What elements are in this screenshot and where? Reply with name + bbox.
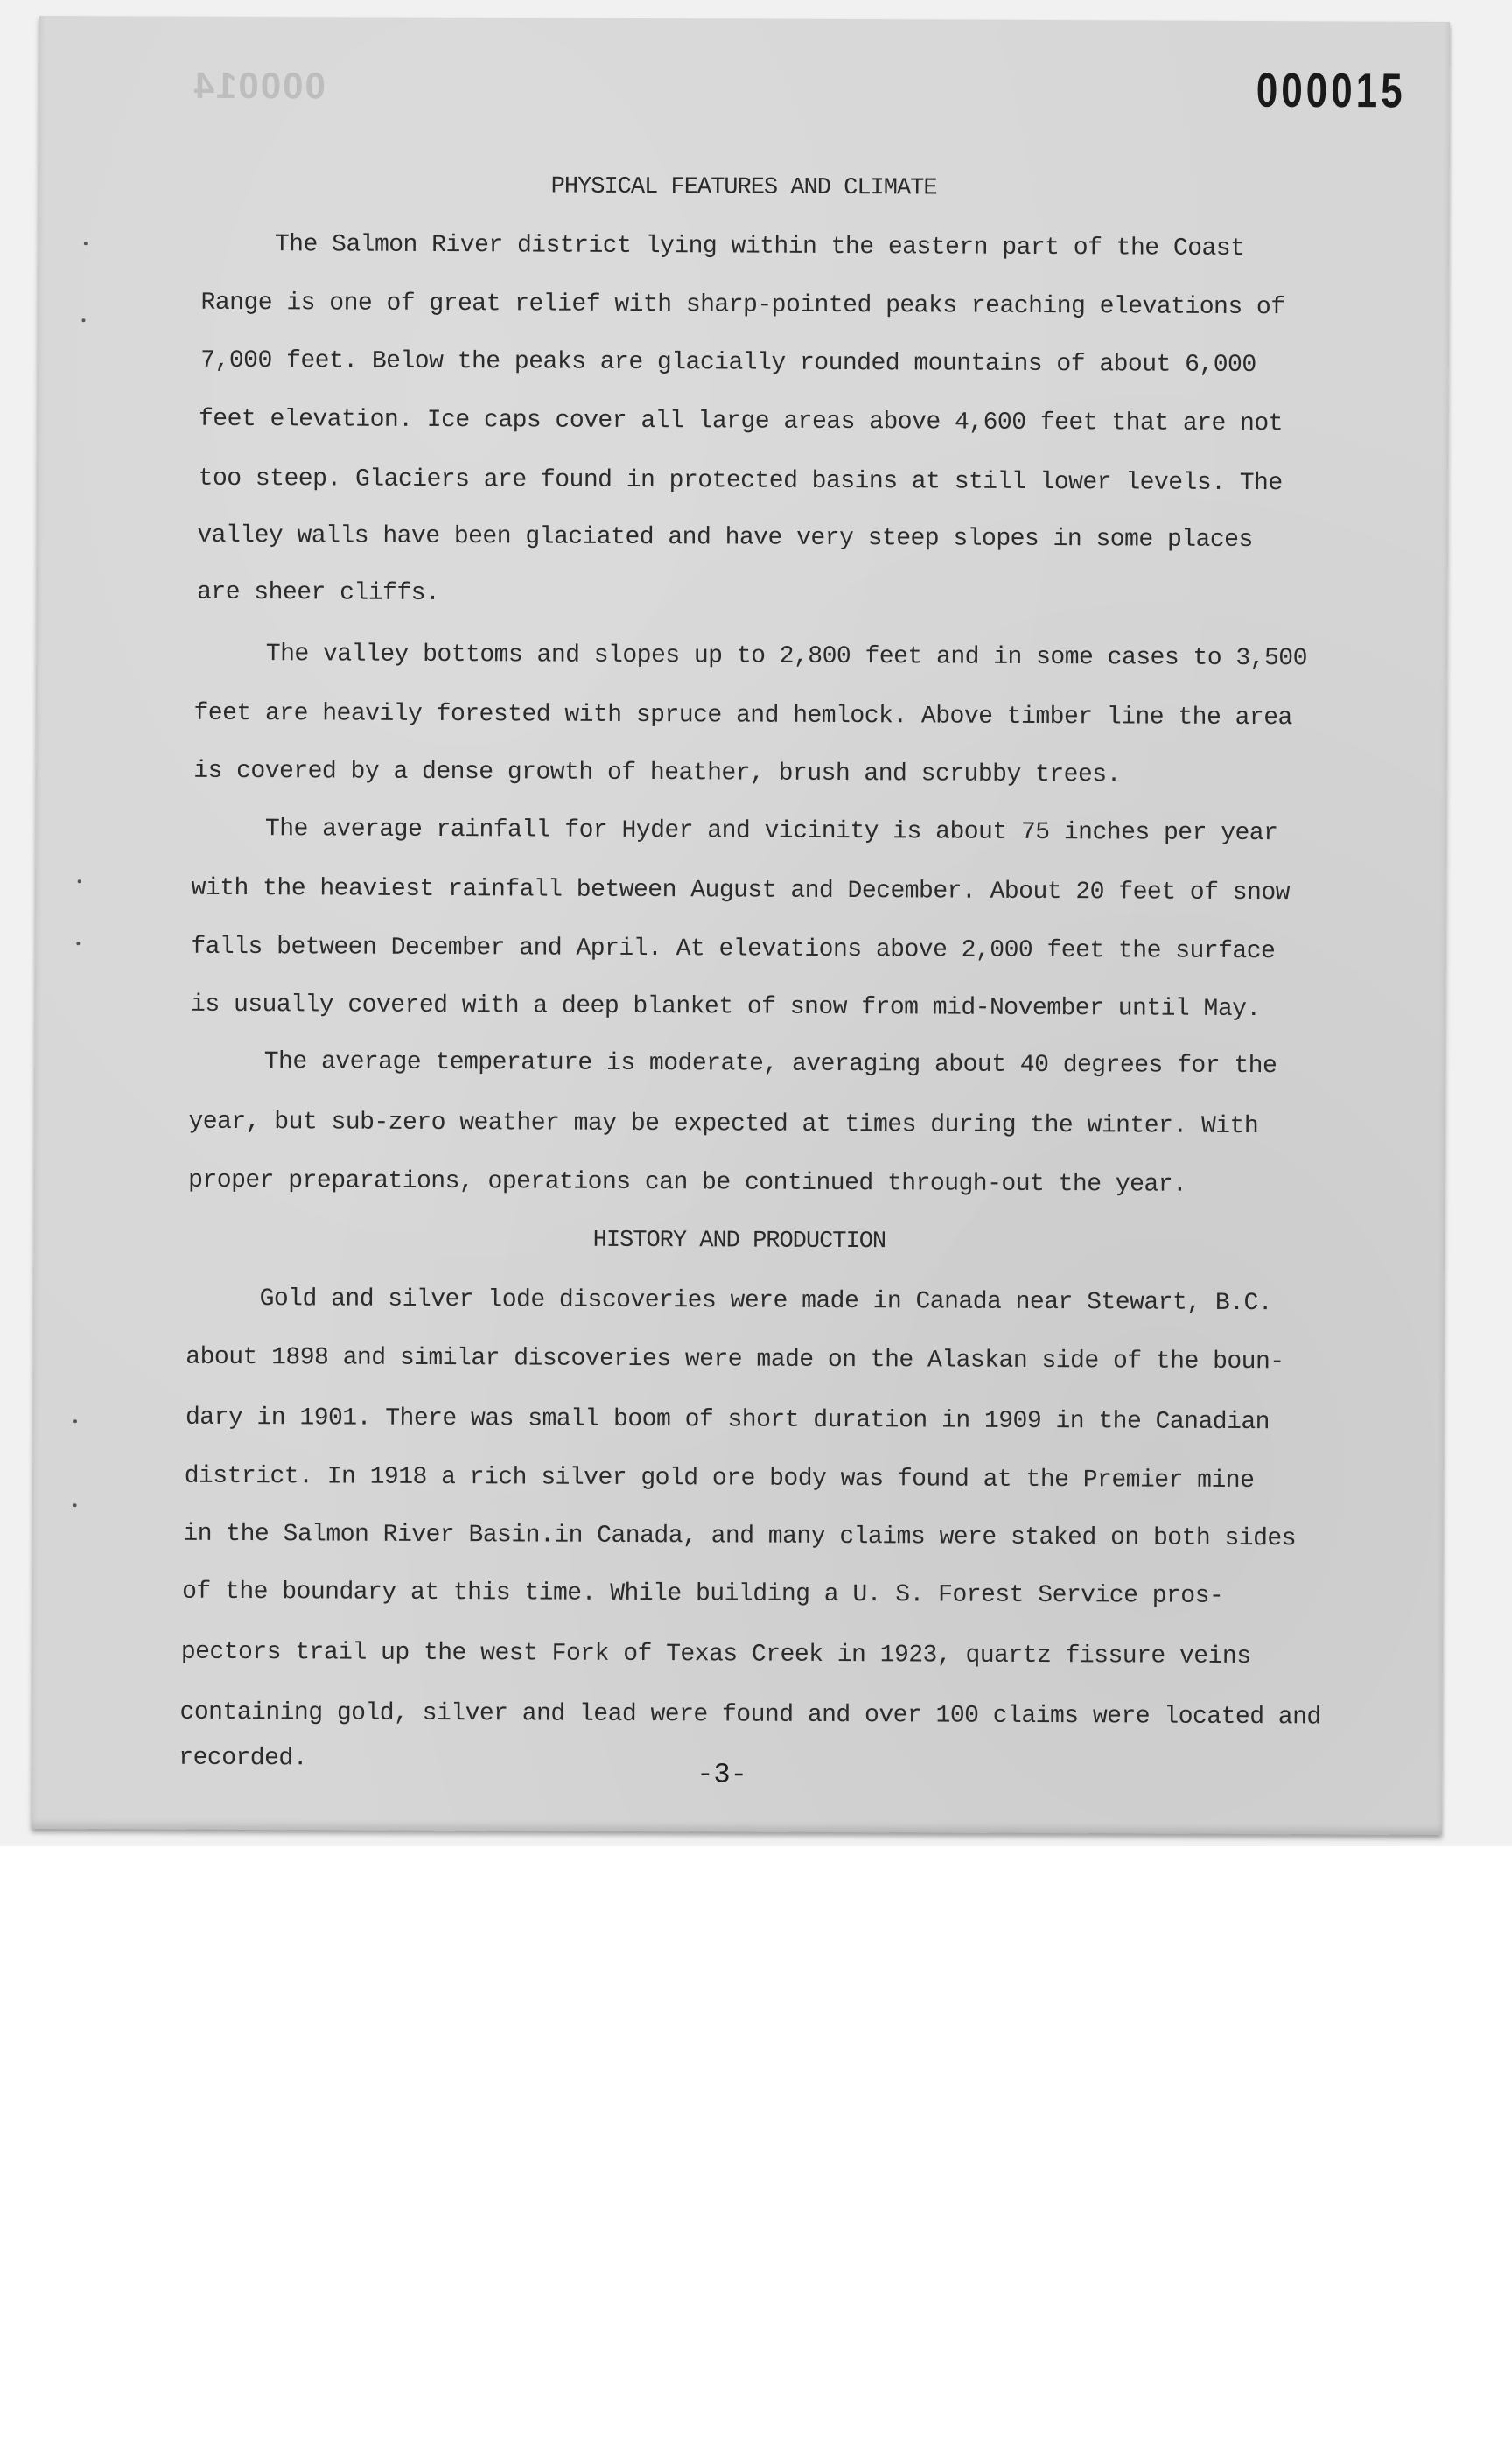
text-line: district. In 1918 a rich silver gold ore…	[185, 1463, 1255, 1494]
text-line: of the boundary at this time. While buil…	[182, 1578, 1223, 1610]
page-number: -3-	[696, 1758, 747, 1790]
bleed-through-number: 000014	[192, 65, 325, 108]
margin-speck	[73, 1419, 77, 1423]
text-line: The valley bottoms and slopes up to 2,80…	[266, 640, 1307, 672]
margin-speck	[78, 879, 81, 883]
text-line: 7,000 feet. Below the peaks are glaciall…	[200, 347, 1256, 379]
section-heading-history-production: HISTORY AND PRODUCTION	[34, 1225, 1445, 1257]
text-line: falls between December and April. At ele…	[191, 934, 1275, 965]
text-line: are sheer cliffs.	[197, 579, 439, 607]
text-line: is usually covered with a deep blanket o…	[191, 991, 1261, 1023]
text-line: year, but sub-zero weather may be expect…	[188, 1109, 1258, 1140]
text-line: recorded.	[178, 1745, 307, 1773]
document-stamp-number: 000015	[1256, 64, 1406, 119]
margin-speck	[76, 941, 80, 945]
section-heading-physical-features: PHYSICAL FEATURES AND CLIMATE	[38, 171, 1449, 204]
margin-speck	[81, 318, 85, 322]
text-line: valley walls have been glaciated and hav…	[197, 522, 1253, 554]
text-line: is covered by a dense growth of heather,…	[193, 758, 1121, 789]
text-line: too steep. Glaciers are found in protect…	[199, 465, 1283, 497]
text-line: The average temperature is moderate, ave…	[264, 1048, 1277, 1080]
text-line: with the heaviest rainfall between Augus…	[192, 875, 1290, 906]
text-line: feet elevation. Ice caps cover all large…	[199, 406, 1283, 437]
text-line: The Salmon River district lying within t…	[275, 231, 1245, 262]
text-line: feet are heavily forested with spruce an…	[193, 700, 1291, 731]
text-line: in the Salmon River Basin.in Canada, and…	[183, 1521, 1296, 1553]
text-line: The average rainfall for Hyder and vicin…	[265, 815, 1278, 847]
document-page: 000014 000015 PHYSICAL FEATURES AND CLIM…	[31, 16, 1450, 1835]
margin-speck	[73, 1503, 77, 1507]
text-line: proper preparations, operations can be c…	[188, 1167, 1186, 1199]
text-line: pectors trail up the west Fork of Texas …	[181, 1639, 1251, 1670]
text-line: Gold and silver lode discoveries were ma…	[260, 1285, 1273, 1317]
text-line: dary in 1901. There was small boom of sh…	[185, 1404, 1270, 1436]
text-line: containing gold, silver and lead were fo…	[179, 1699, 1320, 1732]
text-line: Range is one of great relief with sharp-…	[201, 290, 1285, 321]
text-line: about 1898 and similar discoveries were …	[185, 1344, 1284, 1375]
margin-speck	[84, 241, 87, 245]
